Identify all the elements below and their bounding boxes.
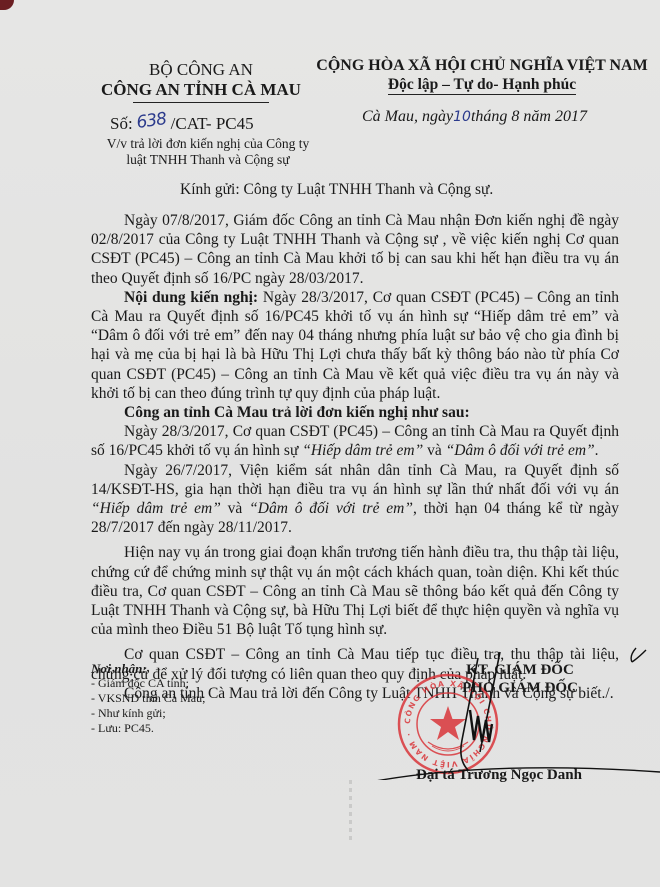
- paragraph-current-status: Hiện nay vụ án trong giai đoạn khẩn trươ…: [91, 543, 619, 639]
- page-corner-mark: [0, 0, 14, 10]
- nation-name: CỘNG HÒA XÃ HỘI CHỦ NGHĨA VIỆT NAM: [312, 56, 652, 76]
- scanned-letter-page: BỘ CÔNG AN CÔNG AN TỈNH CÀ MAU Số: 638 /…: [0, 0, 660, 887]
- national-motto: Độc lập – Tự do- Hạnh phúc: [388, 76, 576, 95]
- subject-line-1: V/v trả lời đơn kiến nghị của Công ty: [98, 136, 318, 152]
- scan-fold-mark: [349, 780, 352, 840]
- recipient-item: - Giám đốc CA tỉnh;: [91, 676, 205, 691]
- recipients-list: Nơi nhận: - Giám đốc CA tỉnh; - VKSND tỉ…: [91, 661, 205, 736]
- agency-name: CÔNG AN TỈNH CÀ MAU: [101, 80, 301, 100]
- paragraph-decision-16: Ngày 28/3/2017, Cơ quan CSĐT (PC45) – Cô…: [91, 422, 619, 460]
- letter-body: Ngày 07/8/2017, Giám đốc Công an tỉnh Cà…: [91, 205, 619, 703]
- date-line: Cà Mau, ngày10tháng 8 năm 2017: [362, 108, 587, 126]
- response-heading: Công an tỉnh Cà Mau trả lời đơn kiến ngh…: [91, 403, 619, 422]
- paragraph-decision-14: Ngày 26/7/2017, Viện kiểm sát nhân dân t…: [91, 461, 619, 538]
- date-day-handwritten: 10: [453, 109, 471, 125]
- document-number: Số: 638 /CAT- PC45: [110, 114, 254, 134]
- petition-content-label: Nội dung kiến nghị:: [124, 289, 258, 306]
- document-number-suffix: /CAT- PC45: [166, 114, 253, 133]
- addressee: Kính gửi: Công ty Luật TNHH Thanh và Cộn…: [180, 181, 493, 199]
- date-prefix: Cà Mau, ngày: [362, 108, 453, 125]
- issuing-agency-header: BỘ CÔNG AN CÔNG AN TỈNH CÀ MAU: [96, 60, 306, 103]
- national-header: CỘNG HÒA XÃ HỘI CHỦ NGHĨA VIỆT NAM Độc l…: [312, 56, 652, 95]
- ministry-name: BỘ CÔNG AN: [96, 60, 306, 80]
- document-number-prefix: Số:: [110, 114, 137, 133]
- subject-line: V/v trả lời đơn kiến nghị của Công ty lu…: [98, 136, 318, 168]
- document-number-handwritten: 638: [135, 109, 167, 133]
- recipient-item: - VKSND tỉnh Cà Mau;: [91, 691, 205, 706]
- recipient-item: - Lưu: PC45.: [91, 721, 205, 736]
- handwritten-signature-icon: [370, 640, 660, 780]
- recipients-title: Nơi nhận:: [91, 661, 205, 676]
- date-suffix: tháng 8 năm 2017: [471, 108, 587, 125]
- subject-line-2: luật TNHH Thanh và Cộng sự: [98, 152, 318, 168]
- agency-underline: [133, 102, 269, 103]
- paragraph-petition-content: Nội dung kiến nghị: Ngày 28/3/2017, Cơ q…: [91, 288, 619, 403]
- paragraph-intro: Ngày 07/8/2017, Giám đốc Công an tỉnh Cà…: [91, 211, 619, 288]
- recipient-item: - Như kính gửi;: [91, 706, 205, 721]
